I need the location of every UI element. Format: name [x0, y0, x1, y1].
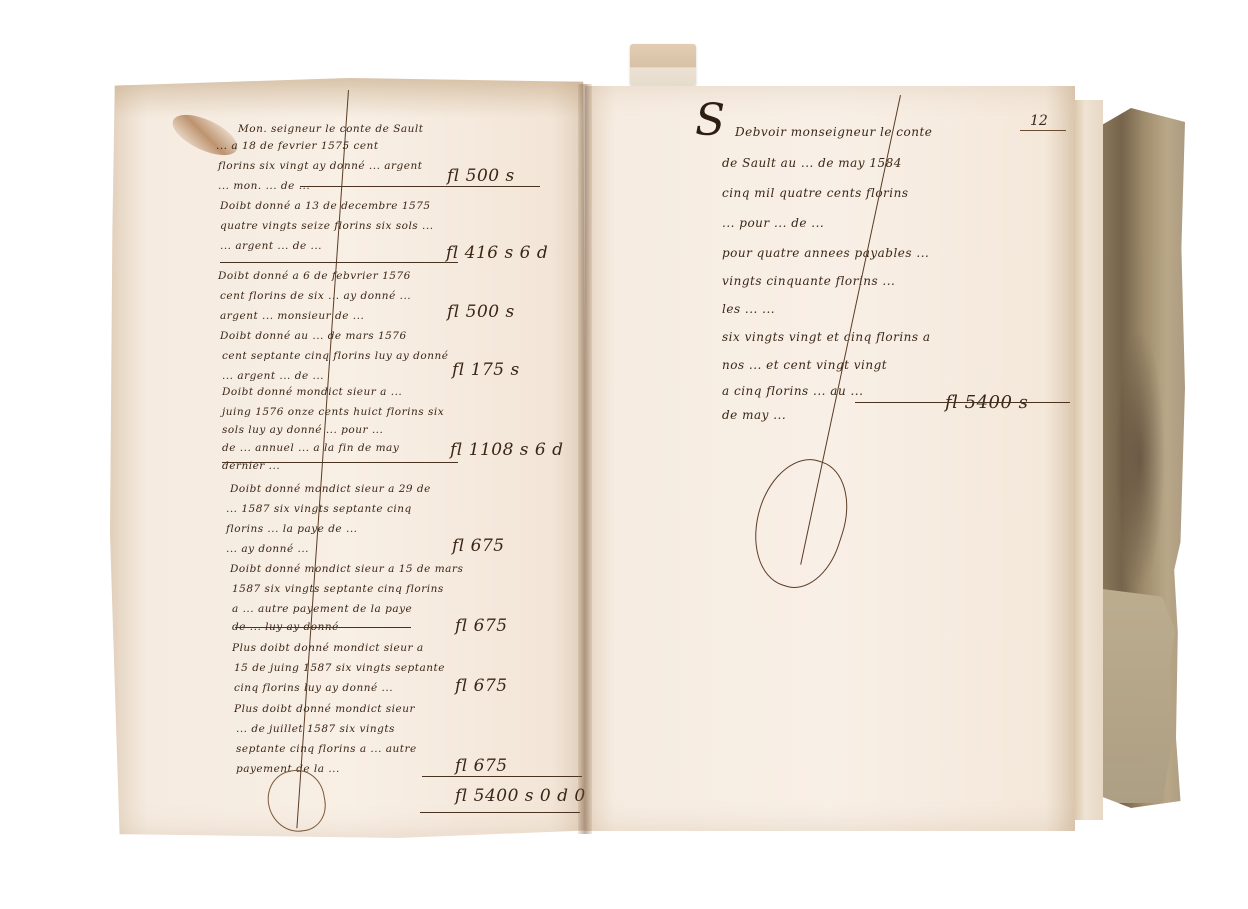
cover-lower-fold	[1090, 588, 1180, 803]
ledger-line: Doibt donné a 6 de febvrier 1576	[218, 270, 411, 282]
ledger-line: ... ay donné ...	[226, 543, 309, 555]
entry-amount: fl 500 s	[447, 302, 515, 322]
cover-stain	[1115, 328, 1165, 588]
ledger-line: ... argent ... de ...	[222, 370, 324, 382]
entry-rule	[855, 402, 1070, 403]
ledger-line: Mon. seigneur le conte de Sault	[238, 123, 424, 135]
ledger-line: juing 1576 onze cents huict florins six	[222, 406, 444, 418]
total-rule-bottom	[420, 812, 580, 813]
entry-rule	[220, 262, 458, 263]
ledger-line: cinq florins luy ay donné ...	[234, 682, 393, 694]
entry-rule	[300, 186, 540, 187]
entry-amount: fl 175 s	[452, 360, 520, 380]
ledger-line: 1587 six vingts septante cinq florins	[232, 583, 444, 595]
page-block-edge	[1072, 100, 1103, 820]
ledger-line: Doibt donné au ... de mars 1576	[220, 330, 407, 342]
bookmark-tab	[630, 44, 696, 86]
ledger-line: pour quatre annees payables ...	[722, 246, 929, 260]
ledger-line: a cinq florins ... au ...	[722, 384, 863, 398]
ledger-line: septante cinq florins a ... autre	[236, 743, 417, 755]
ledger-line: Plus doibt donné mondict sieur	[234, 703, 415, 715]
entry-amount: fl 675	[455, 756, 508, 776]
book-gutter	[578, 84, 592, 834]
page-total: fl 5400 s 0 d 0	[455, 786, 586, 806]
vellum-cover-flap	[1095, 108, 1185, 808]
ledger-line: Plus doibt donné mondict sieur a	[232, 642, 424, 654]
ledger-line: de ... annuel ... a la fin de may	[222, 442, 399, 454]
ledger-line: ... 1587 six vingts septante cinq	[226, 503, 412, 515]
entry-amount: fl 675	[455, 676, 508, 696]
ledger-line: six vingts vingt et cinq florins a	[722, 330, 931, 344]
ledger-line: 15 de juing 1587 six vingts septante	[234, 662, 445, 674]
ledger-line: ... argent ... de ...	[220, 240, 322, 252]
ledger-line: ... de juillet 1587 six vingts	[236, 723, 395, 735]
ledger-line: quatre vingts seize florins six sols ...	[220, 220, 434, 232]
ledger-line: Debvoir monseigneur le conte	[735, 125, 932, 139]
ledger-line: de Sault au ... de may 1584	[722, 156, 902, 170]
ledger-line: de may ...	[722, 408, 786, 422]
ledger-line: ... mon. ... de ...	[218, 180, 310, 192]
ledger-line: sols luy ay donné ... pour ...	[222, 424, 383, 436]
ledger-line: florins six vingt ay donné ... argent	[218, 160, 422, 172]
folio-number: 12	[1030, 113, 1048, 129]
ledger-line: les ... ...	[722, 302, 775, 316]
ledger-line: Doibt donné mondict sieur a 29 de	[230, 483, 431, 495]
entry-rule	[222, 462, 458, 463]
ledger-line: Doibt donné mondict sieur a 15 de mars	[230, 563, 463, 575]
ledger-line: Doibt donné a 13 de decembre 1575	[220, 200, 431, 212]
ledger-line: a ... autre payement de la paye	[232, 603, 412, 615]
entry-rule	[235, 627, 411, 628]
open-ledger-book: Mon. seigneur le conte de Sault ... a 18…	[0, 0, 1248, 909]
ledger-line: nos ... et cent vingt vingt	[722, 358, 887, 372]
folio-underline	[1020, 130, 1066, 131]
entry-amount: fl 675	[455, 616, 508, 636]
total-rule-top	[422, 776, 582, 777]
entry-amount: fl 1108 s 6 d	[450, 440, 564, 460]
ledger-line: Doibt donné mondict sieur a ...	[222, 386, 402, 398]
ledger-line: ... a 18 de fevrier 1575 cent	[216, 140, 379, 152]
ledger-line: cent florins de six ... ay donné ...	[220, 290, 411, 302]
decorated-initial: S	[695, 95, 726, 146]
ledger-line: florins ... la paye de ...	[226, 523, 358, 535]
ledger-line: ... pour ... de ...	[722, 216, 824, 230]
entry-amount: fl 500 s	[447, 166, 515, 186]
entry-amount: fl 675	[452, 536, 505, 556]
ledger-line: argent ... monsieur de ...	[220, 310, 364, 322]
entry-amount: fl 416 s 6 d	[446, 243, 548, 263]
ledger-line: cent septante cinq florins luy ay donné	[222, 350, 448, 362]
ledger-line: vingts cinquante florins ...	[722, 274, 895, 288]
